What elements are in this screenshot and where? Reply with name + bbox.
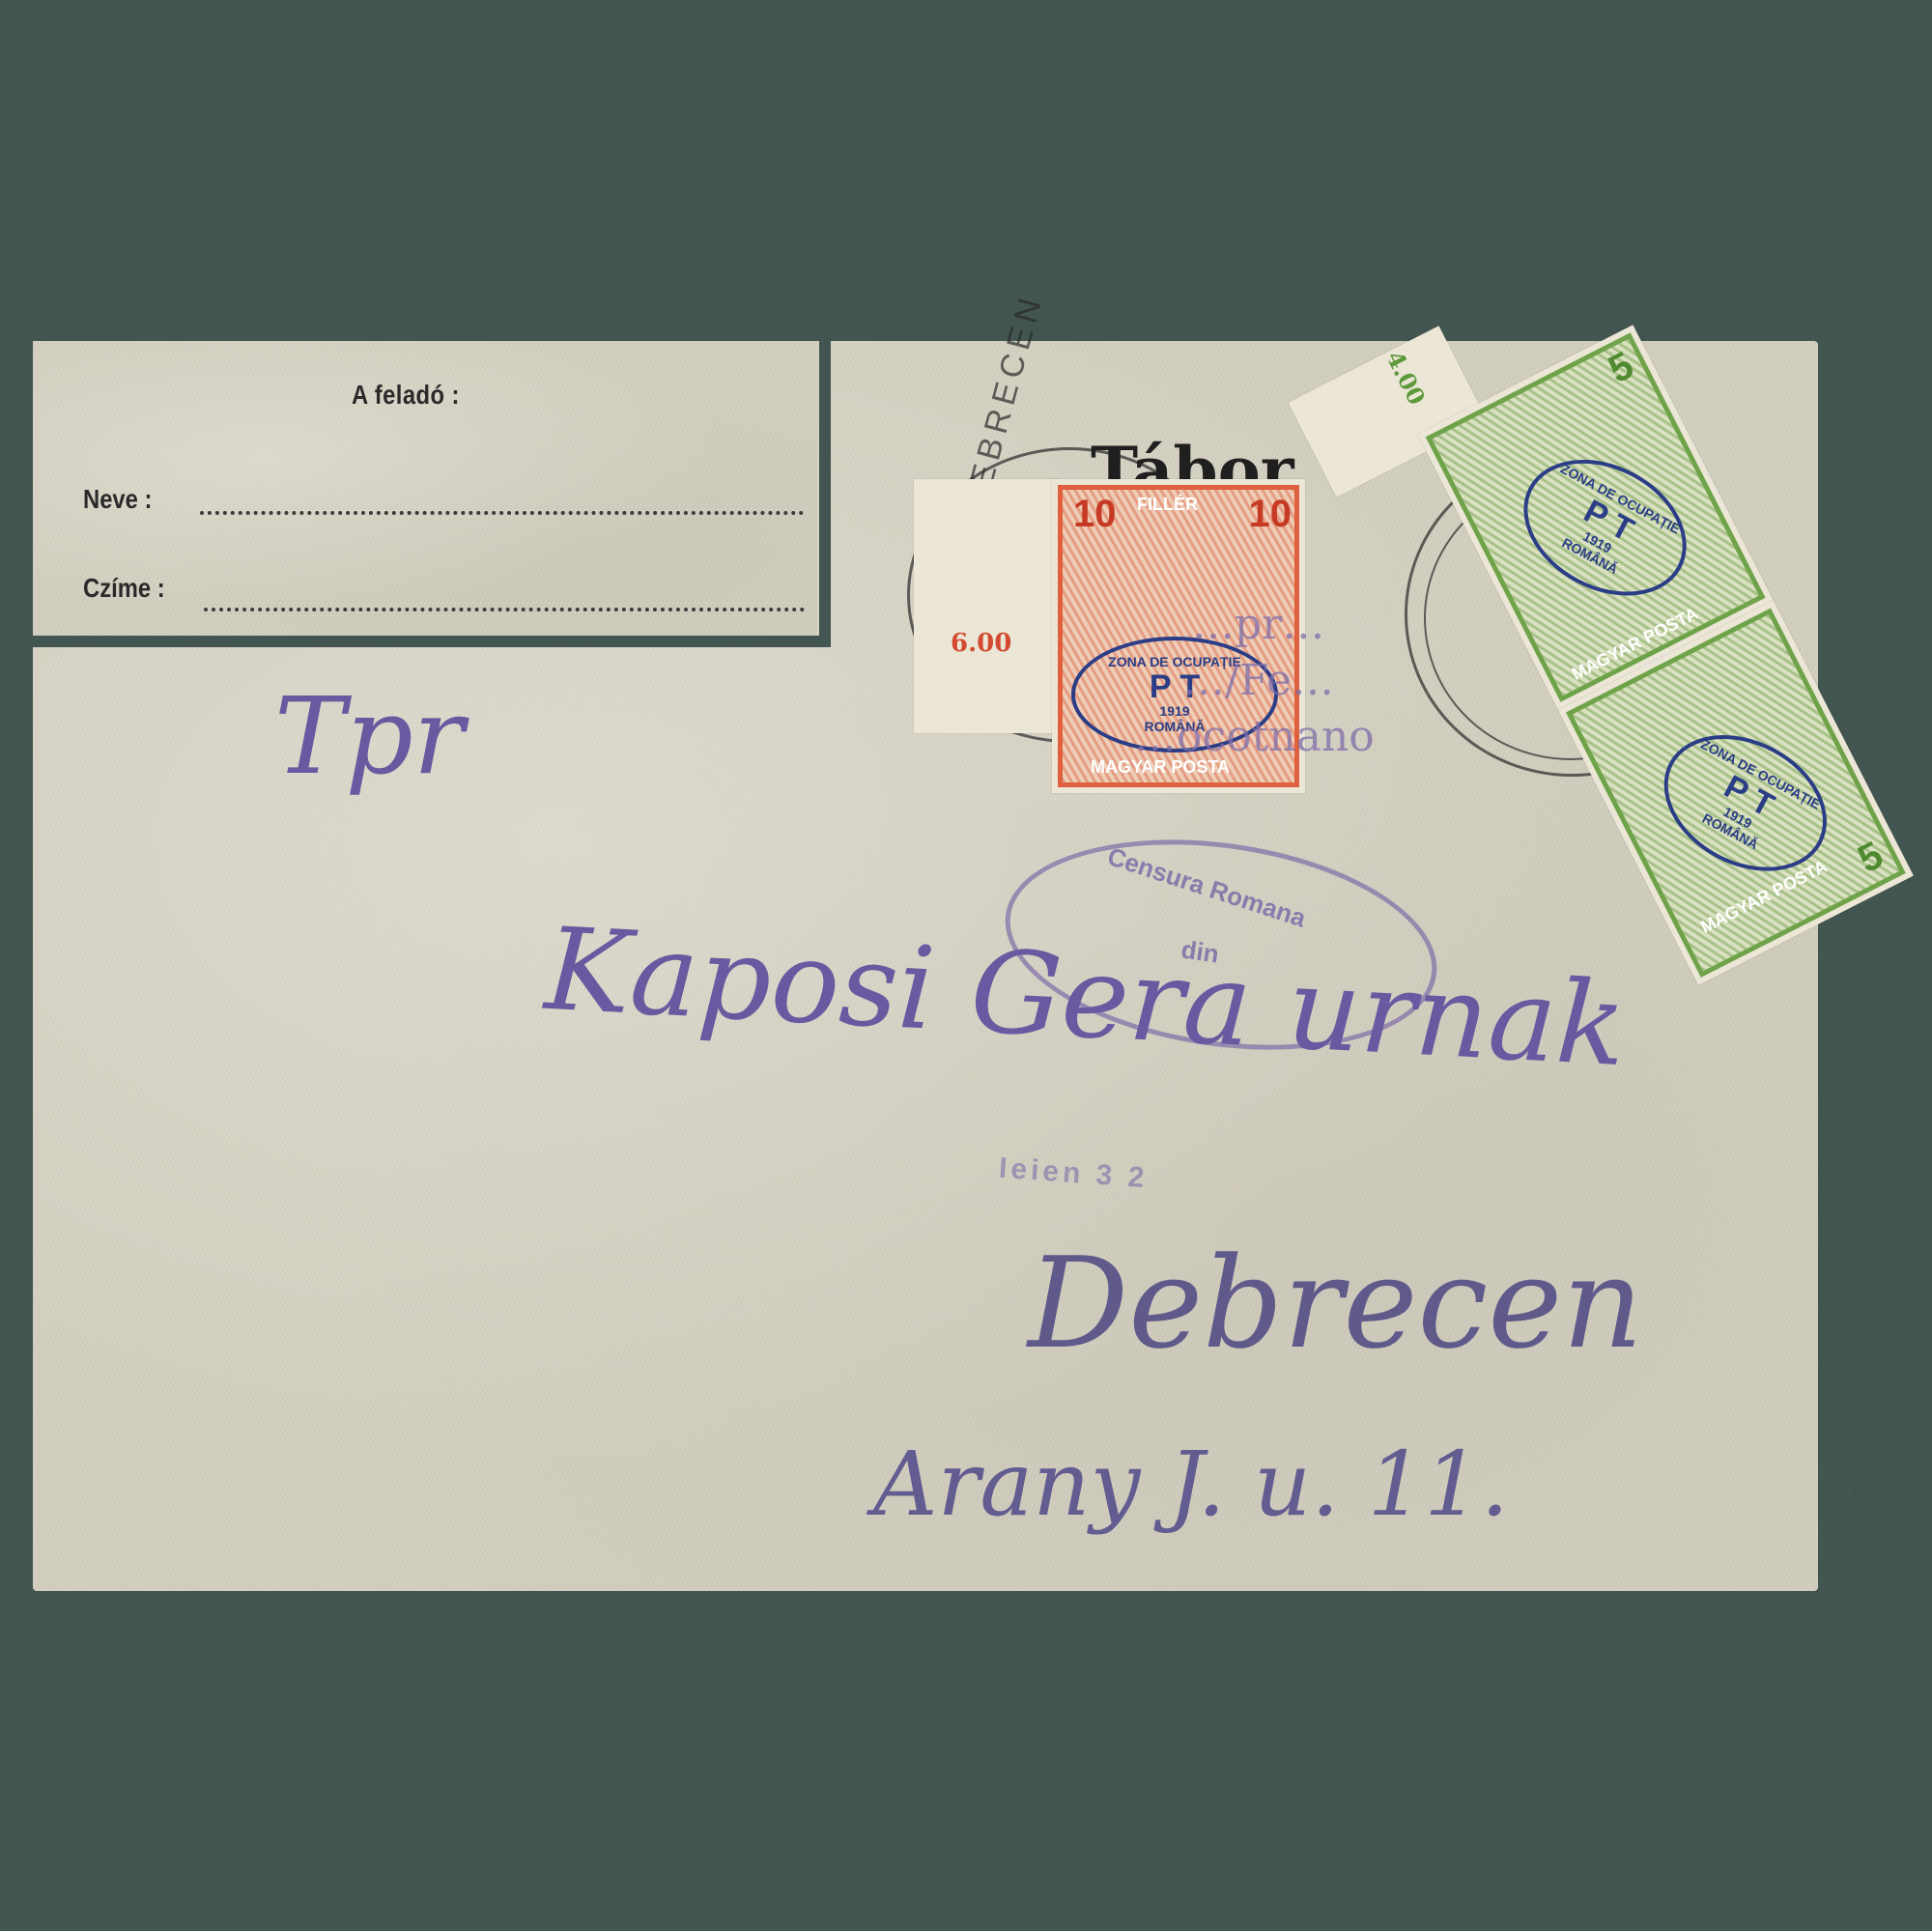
sender-address-line bbox=[204, 608, 805, 611]
box-cut-right bbox=[819, 341, 831, 647]
margin-number-green: 4.00 bbox=[1380, 347, 1431, 410]
sender-box: A feladó : Neve : Czíme : bbox=[33, 341, 817, 636]
box-cut-bottom bbox=[33, 636, 831, 647]
violet-date-stamp: Ieien 3 2 bbox=[998, 1152, 1149, 1196]
violet-line-2: …/Fe… bbox=[1076, 653, 1375, 709]
stamp-10-denomination-right: 10 bbox=[1249, 493, 1293, 536]
stamp-sheet-margin-red: 6.00 bbox=[914, 479, 1059, 733]
violet-typed-stamp: …pr… …/Fe… …ocotnano bbox=[1076, 597, 1375, 765]
violet-line-1: …pr… bbox=[1076, 597, 1375, 653]
box-cut-edge bbox=[0, 636, 33, 647]
sender-name-label: Neve : bbox=[83, 484, 152, 515]
handwritten-corner-note: Tpr bbox=[274, 674, 464, 798]
censor-line-1: Censura Romana bbox=[1104, 841, 1310, 934]
handwritten-recipient: Kaposi Gera urnak bbox=[542, 902, 1629, 1092]
sender-address-label: Czíme : bbox=[83, 573, 165, 604]
violet-line-3: …ocotnano bbox=[1076, 709, 1375, 765]
edge-mark: … bbox=[1843, 1482, 1859, 1495]
envelope: A feladó : Neve : Czíme : DEBRECEN Tábor… bbox=[33, 341, 1818, 1591]
handwritten-street: Arany J. u. 11. bbox=[873, 1433, 1509, 1536]
sender-name-line bbox=[200, 511, 804, 515]
stamp-10-currency: FILLÉR bbox=[1137, 495, 1198, 515]
stamp-10-denomination-left: 10 bbox=[1073, 493, 1117, 536]
margin-number-red: 6.00 bbox=[951, 629, 1011, 658]
sender-title: A feladó : bbox=[352, 380, 460, 411]
handwritten-city: Debrecen bbox=[1028, 1230, 1643, 1377]
